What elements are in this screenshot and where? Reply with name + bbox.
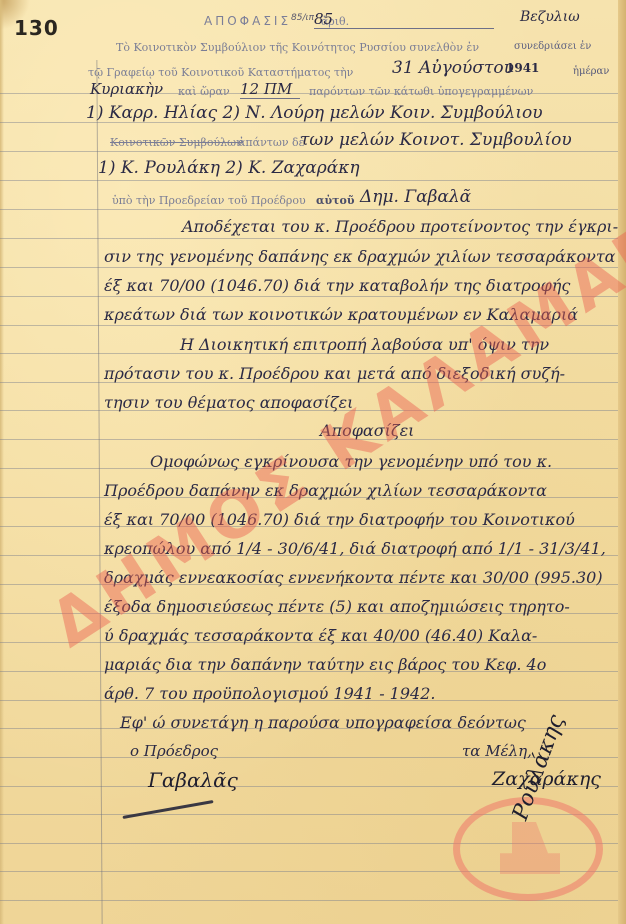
margin-line (96, 60, 102, 924)
preamble-line-1: Τὸ Κοινοτικὸν Συμβούλιον τῆς Κοινότητος … (116, 41, 479, 54)
body-line: άρθ. 7 του προϋπολογισμού 1941 - 1942. (104, 684, 435, 703)
body-line: έξοδα δημοσιεύσεως πέντε (5) και αποζημι… (104, 597, 570, 616)
president-signature: Γαβαλᾶς (148, 768, 238, 792)
decides-heading: Αποφασίζει (320, 421, 414, 440)
decision-title: ΑΠΟΦΑΣΙΣ (204, 14, 291, 28)
ruled-line (0, 267, 618, 268)
signature-flourish (122, 800, 213, 819)
president-name: Δημ. Γαβαλᾶ (360, 187, 471, 207)
seal-emblem-icon (500, 822, 560, 874)
body-line: Η Διοικητική επιτροπή λαβούσα υπ' όψιν τ… (180, 335, 549, 354)
body-line: έξ και 70/00 (1046.70) διά την καταβολήν… (104, 276, 570, 295)
members-absent: των μελών Κοινοτ. Συμβουλίου (300, 130, 572, 150)
president-label: ο Πρόεδρος (130, 742, 218, 760)
body-line: κρεοπώλου από 1/4 - 30/6/41, διά διατροφ… (104, 539, 606, 558)
members-present: 1) Καρρ. Ηλίας 2) Ν. Λούρη μελών Κοιν. Σ… (86, 103, 543, 123)
ruled-line (0, 209, 618, 210)
ruled-line (0, 439, 618, 440)
body-line: δραχμάς εννεακοσίας εννενήκοντα πέντε κα… (104, 568, 603, 587)
body-line: ύ δραχμάς τεσσαράκοντα έξ και 40/00 (46.… (104, 626, 537, 645)
closing-line: Εφ' ώ συνετάγη η παρούσα υπογραφείσα δεό… (120, 713, 526, 732)
meeting-year: 1941 (506, 61, 539, 75)
page-edge-right (618, 0, 626, 924)
members-absent-label: ἀπάντων δὲ (238, 136, 305, 149)
body-line: Προέδρου δαπάνην εκ δραχμών χιλίων τεσσα… (104, 481, 547, 500)
ruled-line (0, 238, 618, 239)
ruled-line (0, 325, 618, 326)
body-line: Ομοφώνως εγκρίνουσα την γενομένην υπό το… (150, 452, 552, 471)
ledger-page: 130 ΑΠΟΦΑΣΙΣ85/ιπ ἀριθ. 85 Βεζυλιω Τὸ Κο… (0, 0, 626, 924)
preamble-line-3b: παρόντων τῶν κάτωθι ὑπογεγραμμένων (309, 85, 533, 98)
members-struck-label: Κοινοτικῶν Συμβούλων (110, 136, 243, 149)
body-line: έξ και 70/00 (1046.70) διά την διατροφήν… (104, 510, 575, 529)
meeting-day: Κυριακὴν (90, 80, 163, 98)
preamble-line-1-tail: συνεδριάσει ἐν (514, 41, 591, 52)
members-absent-names: 1) Κ. Ρουλάκη 2) Κ. Ζαχαράκη (98, 158, 360, 178)
body-line: πρότασιν του κ. Προέδρου και μετά από δι… (104, 364, 565, 383)
body-line: τησιν του θέματος αποφασίζει (104, 393, 353, 412)
body-line: σιν της γενομένης δαπάνης εκ δραχμών χιλ… (104, 247, 615, 266)
decision-superscript: 85/ιπ (291, 13, 314, 23)
presidency-self: αὐτοῦ (316, 194, 354, 207)
presidency-label: ὑπὸ τὴν Προεδρείαν τοῦ Προέδρου (112, 194, 306, 207)
decision-subject: Βεζυλιω (520, 9, 580, 25)
ruled-line (0, 296, 618, 297)
preamble-line-2a: τῷ Γραφείῳ τοῦ Κοινοτικοῦ Καταστήματος τ… (88, 66, 353, 79)
preamble-line-2b: ἡμέραν (573, 66, 609, 77)
ruled-line (0, 151, 618, 152)
decision-number: 85 (314, 10, 494, 29)
meeting-date: 31 Αὐγούστου (392, 58, 514, 78)
page-number: 130 (14, 16, 59, 40)
preamble-line-3a: καὶ ὥραν (178, 85, 230, 98)
members-label: τα Μέλη, (462, 742, 532, 760)
meeting-time: 12 ΠΜ (240, 80, 300, 99)
ruled-line (0, 180, 618, 181)
body-line: Αποδέχεται του κ. Προέδρου προτείνοντος … (182, 217, 618, 236)
body-line: κρεάτων διά των κοινοτικών κρατουμένων ε… (104, 305, 578, 324)
body-line: μαριάς δια την δαπάνην ταύτην εις βάρος … (104, 655, 546, 674)
